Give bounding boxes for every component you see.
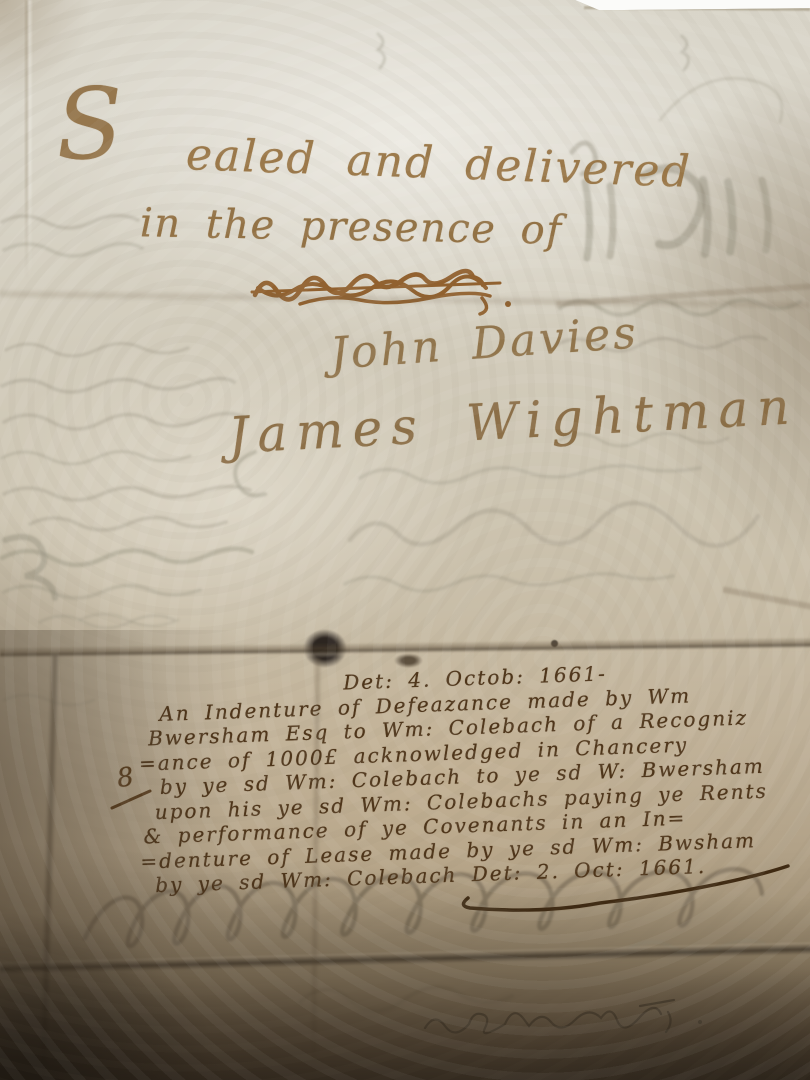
top-edge-shade [584,6,810,11]
witness-signature-james-wightman: James Wightman [227,377,800,465]
bottom-faint-inscription [425,1000,702,1033]
lighting-gradient [0,0,810,1080]
struck-out-name-scribble [252,271,511,314]
fold-crease-vertical-left [38,655,60,1080]
shadow-band-left [0,630,810,1080]
lighting-highlight-mid [0,0,810,1080]
margin-mark: 8 [115,762,136,794]
shadow-bottom [0,0,810,1080]
fold-crease-horizontal-upper [0,288,810,310]
lighting-shadow-right [0,0,810,1080]
manuscript-photo: S ealed and delivered in the presence of… [0,0,810,1080]
docket-line: & performance of ye Covenants in an In= [143,800,810,849]
docket-line: =ance of 1000£ acknowledged in Chancery [139,727,810,776]
docket-line: =denture of Lease made by ye sd Wm: Bwsh… [140,825,810,874]
docket-line: by ye sd Wm: Colebach to ye sd W: Bwersh… [159,752,810,800]
parchment-sheet: S ealed and delivered in the presence of… [0,0,810,1080]
docket-line: Bwersham Esq to Wm: Colebach of a Recogn… [148,703,810,751]
margin-mark-dash [112,791,150,808]
attestation-line2: in the presence of [140,200,563,253]
lighting-warm-tint [0,0,810,1080]
fold-crease-horizontal-lower [0,942,810,975]
fold-crease-horizontal-middle [0,637,810,662]
attestation-line1: ealed and delivered [185,129,692,198]
docket-line: by ye sd Wm: Colebach Det: 2. Oct: 1661. [155,849,810,897]
lighting-highlight-top [0,0,810,1080]
crease-diagonal-topright [556,283,810,307]
parchment-hole-stain [303,629,347,668]
lighting-shadow-topleft [0,0,810,1080]
docket-line: upon his ye sd Wm: Colebachs paying ye R… [154,776,810,824]
shadow-corner-bottomleft [0,0,810,1080]
endorsement-docket: Det: 4. Octob: 1661- An Indenture of Def… [128,654,810,899]
fold-crease-vertical-mid [309,658,322,1080]
docket-underline-flourish [463,866,788,910]
shadow-corner-bottomright [0,0,810,1080]
ink-speck [551,640,558,647]
docket-line: Det: 4. Octob: 1661- [343,654,810,695]
ink-flourishes [0,0,810,1080]
bleedthrough-ghost-writing [0,0,810,1080]
fold-crease-vertical-topleft [24,0,33,280]
witness-signature-john-davies: John Davies [329,307,641,379]
attestation-initial: S [54,75,125,175]
crease-diagonal-right [722,587,810,612]
docket-line: An Indenture of Defeazance made by Wm [159,678,810,726]
small-stain [394,653,423,668]
shadow-left-lower [0,0,810,1080]
parchment-texture [0,0,810,1080]
